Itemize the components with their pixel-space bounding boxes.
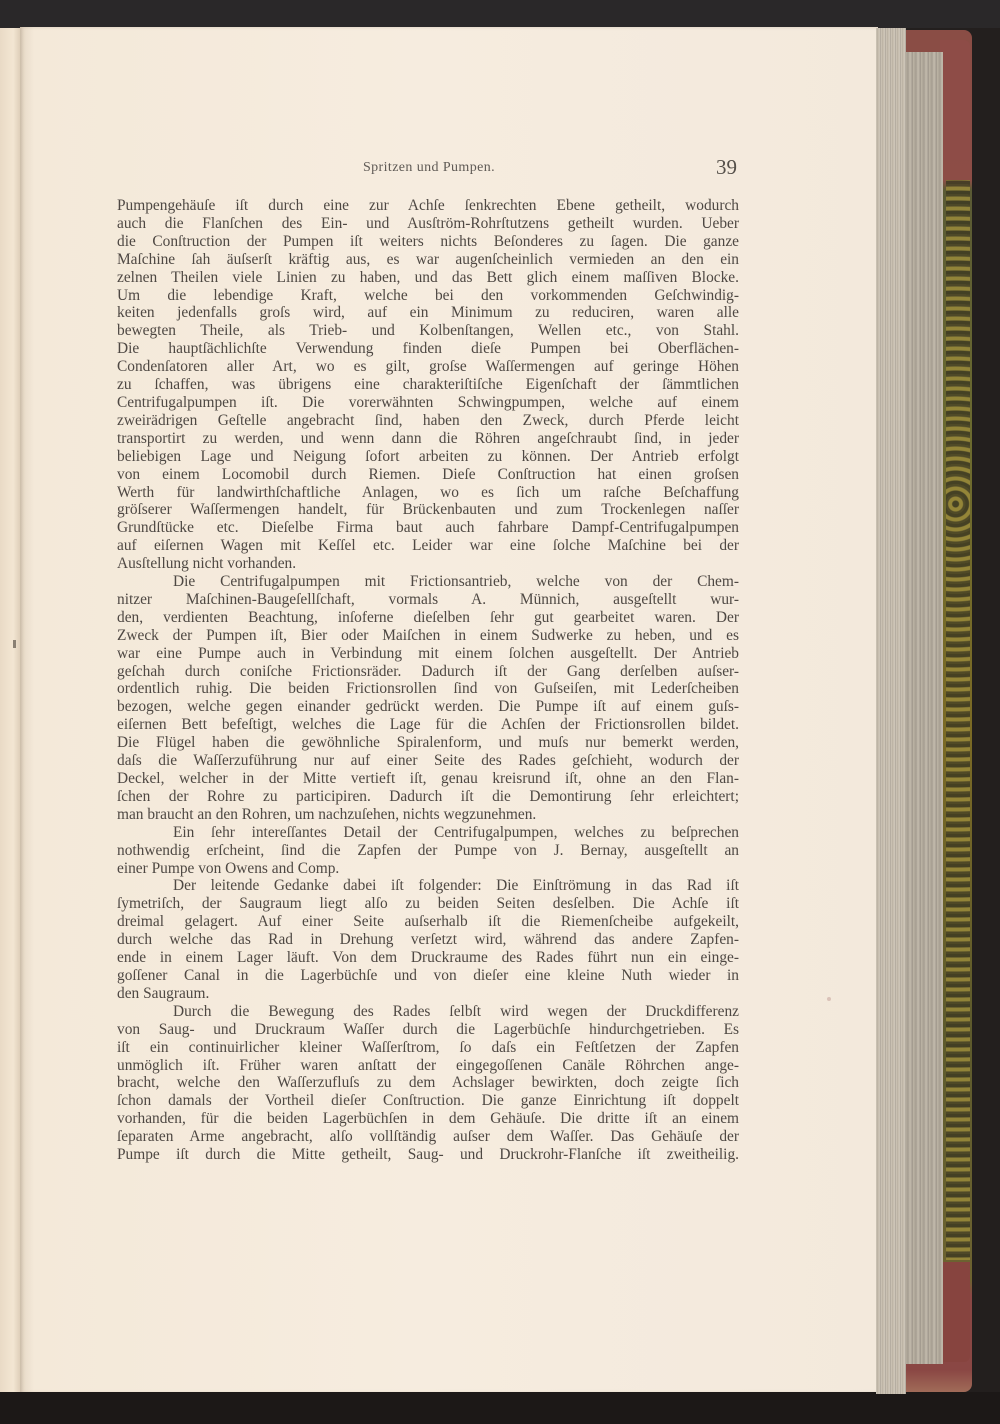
text-line: zu ſchaffen, was übrigens eine charakter… xyxy=(117,376,739,394)
text-line: geſchah durch coniſche Frictionsräder. D… xyxy=(117,663,739,681)
text-line: Werth für landwirthſchaftliche Anlagen, … xyxy=(117,484,739,502)
text-line: Pumpe iſt durch die Mitte getheilt, Saug… xyxy=(117,1146,739,1164)
text-line: bezogen, welche gegen einander gedrückt … xyxy=(117,698,739,716)
paragraph-start: Ein ſehr intereſſantes Detail der Centri… xyxy=(117,824,739,842)
text-line: man braucht an den Rohren, um nachzuſehe… xyxy=(117,806,739,824)
text-line: einer Pumpe von Owens and Comp. xyxy=(117,860,739,878)
text-line: bewegten Theile, als Trieb- und Kolbenſt… xyxy=(117,322,739,340)
text-line: transportirt zu werden, und wenn dann di… xyxy=(117,430,739,448)
text-line: unmöglich iſt. Früher waren anſtatt der … xyxy=(117,1057,739,1075)
page-block-edges xyxy=(905,52,943,1364)
running-head: Spritzen und Pumpen. xyxy=(344,160,514,176)
text-line: den, verdienten Beachtung, inſoferne die… xyxy=(117,609,739,627)
text-line: bracht, welche den Waſſerzufluſs zu dem … xyxy=(117,1074,739,1092)
paragraph-start: Der leitende Gedanke dabei iſt folgender… xyxy=(117,877,739,895)
text-line: von einem Locomobil durch Riemen. Dieſe … xyxy=(117,466,739,484)
text-line: nothwendig erſcheint, ſind die Zapfen de… xyxy=(117,842,739,860)
ink-speck xyxy=(827,997,831,1001)
cover-corner-top xyxy=(940,40,970,160)
page-edges xyxy=(876,28,906,1394)
text-line: die Conſtruction der Pumpen iſt weiters … xyxy=(117,233,739,251)
text-line: den Saugraum. xyxy=(117,985,739,1003)
text-line: vorhanden, für die beiden Lagerbüchſen i… xyxy=(117,1110,739,1128)
text-line: nitzer Maſchinen-Baugeſellſchaft, vormal… xyxy=(117,591,739,609)
text-line: gröſserer Waſſermengen handelt, für Brüc… xyxy=(117,501,739,519)
text-line: zweirädrigen Geſtelle angebracht ſind, h… xyxy=(117,412,739,430)
text-line: zelnen Theilen viele Linien zu haben, un… xyxy=(117,269,739,287)
text-line: ſchen der Rohre zu participiren. Dadurch… xyxy=(117,788,739,806)
background-bottom xyxy=(0,1392,1000,1424)
paragraph-start: Die Centrifugalpumpen mit Frictionsantri… xyxy=(117,573,739,591)
text-line: Zweck der Pumpen iſt, Bier oder Maiſchen… xyxy=(117,627,739,645)
text-line: Centrifugalpumpen iſt. Die vorerwähnten … xyxy=(117,394,739,412)
text-line: Maſchine ſah äuſserſt kräftig aus, es wa… xyxy=(117,251,739,269)
text-line: ſeparaten Arme angebracht, alſo vollſtän… xyxy=(117,1128,739,1146)
text-line: ordentlich ruhig. Die beiden Frictionsro… xyxy=(117,680,739,698)
text-line: ſymetriſch, der Saugraum liegt alſo zu b… xyxy=(117,895,739,913)
text-line: durch welche das Rad in Drehung verſetzt… xyxy=(117,931,739,949)
background-top xyxy=(0,0,1000,28)
text-line: Um die lebendige Kraft, welche bei den v… xyxy=(117,287,739,305)
paragraph-start: Durch die Bewegung des Rades ſelbſt wird… xyxy=(117,1003,739,1021)
text-line: ende in einem Lager läuft. Von dem Druck… xyxy=(117,949,739,967)
text-line: Condenſatoren aller Art, wo es gilt, gro… xyxy=(117,358,739,376)
text-line: goſſener Canal in die Lagerbüchſe und vo… xyxy=(117,967,739,985)
text-line: von Saug- und Druckraum Waſſer durch die… xyxy=(117,1021,739,1039)
text-line: Deckel, welcher in der Mitte vertieft iſ… xyxy=(117,770,739,788)
text-line: beliebigen Lage und Neigung ſofort arbei… xyxy=(117,448,739,466)
text-line: Pumpengehäuſe iſt durch eine zur Achſe ſ… xyxy=(117,197,739,215)
left-page-gutter xyxy=(0,28,22,1396)
text-line: Die hauptſächlichſte Verwendung finden d… xyxy=(117,340,739,358)
text-line: Die Flügel haben die gewöhnliche Spirale… xyxy=(117,734,739,752)
page-number: 39 xyxy=(716,155,737,180)
text-line: keiten jedenfalls groſs wird, auf ein Mi… xyxy=(117,304,739,322)
text-line: Ausſtellung nicht vorhanden. xyxy=(117,555,739,573)
page-mark xyxy=(13,640,16,648)
text-line: auch die Flanſchen des Ein- und Ausſtröm… xyxy=(117,215,739,233)
text-line: eiſernen Bett befeſtigt, welches die Lag… xyxy=(117,716,739,734)
text-line: daſs die Waſſerzuführung nur auf einer S… xyxy=(117,752,739,770)
body-text: Pumpengehäuſe iſt durch eine zur Achſe ſ… xyxy=(117,197,739,1164)
marbled-cover xyxy=(946,180,970,1260)
text-line: war eine Pumpe auch in Verbindung mit ei… xyxy=(117,645,739,663)
text-line: iſt ein continuirlicher kleiner Waſſerſt… xyxy=(117,1039,739,1057)
text-line: auf eiſernen Wagen mit Keſſel etc. Leide… xyxy=(117,537,739,555)
text-line: ſchon damals der Vortheil dieſer Conſtru… xyxy=(117,1092,739,1110)
text-line: dreimal gelagert. Auf einer Seite auſser… xyxy=(117,913,739,931)
text-line: Grundſtücke etc. Dieſelbe Firma baut auc… xyxy=(117,519,739,537)
